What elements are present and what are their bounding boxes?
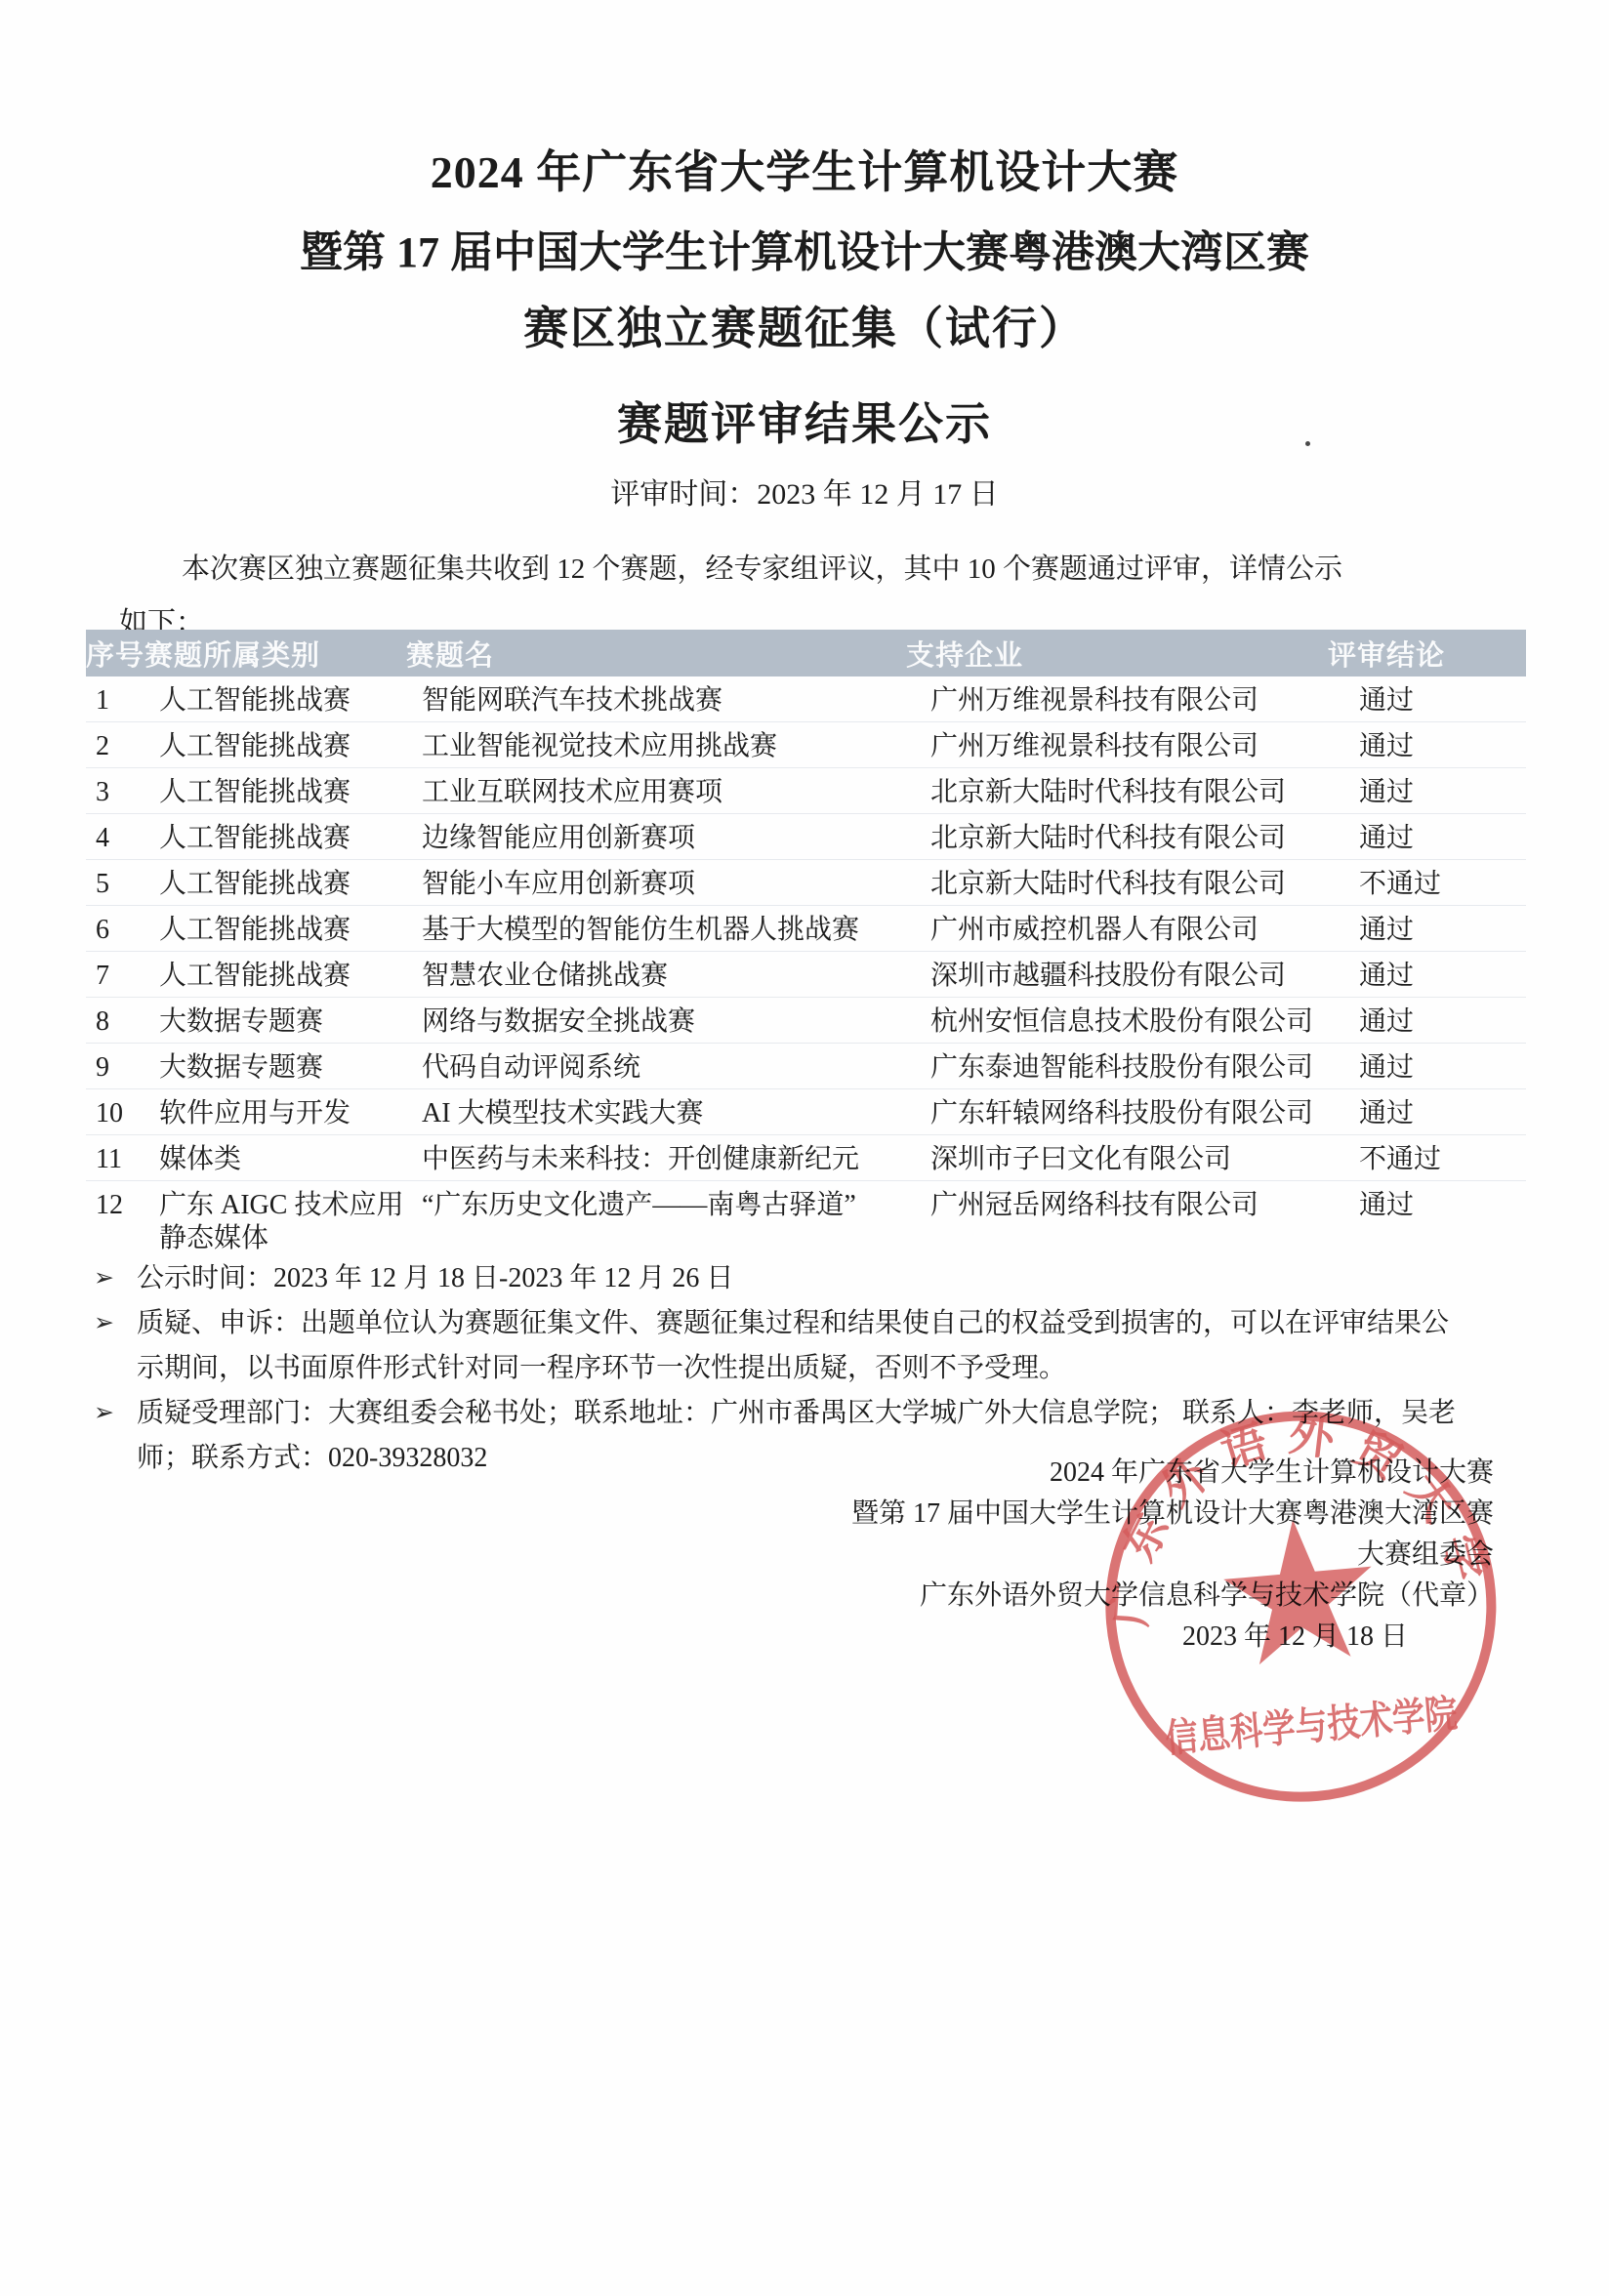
cell-result: 不通过 (1328, 1135, 1526, 1181)
cell-category: 人工智能挑战赛 (144, 952, 406, 998)
scan-artifact-dot (1305, 441, 1310, 446)
table-row: 8 大数据专题赛 网络与数据安全挑战赛 杭州安恒信息技术股份有限公司 通过 (86, 998, 1526, 1044)
header-result: 评审结论 (1328, 630, 1526, 676)
cell-seq: 2 (86, 722, 144, 768)
cell-seq: 8 (86, 998, 144, 1044)
cell-category: 人工智能挑战赛 (144, 768, 406, 814)
cell-enterprise: 广州市威控机器人有限公司 (906, 906, 1328, 952)
cell-enterprise: 广州万维视景科技有限公司 (906, 722, 1328, 768)
seal-bottom-text: 信息科学与技术学院 (1164, 1692, 1460, 1761)
cell-topic-name: 基于大模型的智能仿生机器人挑战赛 (406, 906, 906, 952)
cell-seq: 1 (86, 676, 144, 722)
cell-topic-name: AI 大模型技术实践大赛 (406, 1089, 906, 1135)
cell-category: 广东 AIGC 技术应用静态媒体 (144, 1181, 406, 1266)
intro-line-1: 本次赛区独立赛题征集共收到 12 个赛题，经专家组评议，其中 10 个赛题通过评… (119, 543, 1498, 596)
header-category: 赛题所属类别 (144, 630, 406, 676)
cell-category: 软件应用与开发 (144, 1089, 406, 1135)
cell-seq: 11 (86, 1135, 144, 1181)
table-row: 1 人工智能挑战赛 智能网联汽车技术挑战赛 广州万维视景科技有限公司 通过 (86, 676, 1526, 722)
star-icon (1218, 1513, 1379, 1667)
header-enterprise: 支持企业 (906, 630, 1328, 676)
cell-enterprise: 北京新大陆时代科技有限公司 (906, 768, 1328, 814)
cell-category: 媒体类 (144, 1135, 406, 1181)
table-row: 9 大数据专题赛 代码自动评阅系统 广东泰迪智能科技股份有限公司 通过 (86, 1044, 1526, 1089)
note-line: 质疑、申诉：出题单位认为赛题征集文件、赛题征集过程和结果使自己的权益受到损害的，… (137, 1301, 1449, 1346)
cell-result: 不通过 (1328, 860, 1526, 906)
title-line-4: 赛题评审结果公示 (59, 389, 1550, 453)
cell-enterprise: 深圳市越疆科技股份有限公司 (906, 952, 1328, 998)
cell-enterprise: 广州冠岳网络科技有限公司 (906, 1181, 1328, 1266)
table-header-row: 序号 赛题所属类别 赛题名 支持企业 评审结论 (86, 630, 1526, 676)
cell-category: 大数据专题赛 (144, 1044, 406, 1089)
note-line: 示期间，以书面原件形式针对同一程序环节一次性提出质疑，否则不予受理。 (137, 1346, 1449, 1391)
cell-category: 大数据专题赛 (144, 998, 406, 1044)
cell-result: 通过 (1328, 676, 1526, 722)
cell-result: 通过 (1328, 1044, 1526, 1089)
cell-enterprise: 广东轩辕网络科技股份有限公司 (906, 1089, 1328, 1135)
table-row: 11 媒体类 中医药与未来科技：开创健康新纪元 深圳市子曰文化有限公司 不通过 (86, 1135, 1526, 1181)
cell-topic-name: 中医药与未来科技：开创健康新纪元 (406, 1135, 906, 1181)
arrow-bullet-icon: ➢ (94, 1256, 137, 1301)
header-topic-name: 赛题名 (406, 630, 906, 676)
cell-topic-name: 智能网联汽车技术挑战赛 (406, 676, 906, 722)
scanned-document-page: 2024 年广东省大学生计算机设计大赛 暨第 17 届中国大学生计算机设计大赛粤… (0, 0, 1609, 2296)
title-line-2: 暨第 17 届中国大学生计算机设计大赛粤港澳大湾区赛 (59, 217, 1550, 279)
cell-seq: 10 (86, 1089, 144, 1135)
table-row: 7 人工智能挑战赛 智慧农业仓储挑战赛 深圳市越疆科技股份有限公司 通过 (86, 952, 1526, 998)
cell-category: 人工智能挑战赛 (144, 814, 406, 860)
cell-seq: 6 (86, 906, 144, 952)
cell-result: 通过 (1328, 1089, 1526, 1135)
cell-seq: 7 (86, 952, 144, 998)
cell-enterprise: 杭州安恒信息技术股份有限公司 (906, 998, 1328, 1044)
cell-seq: 5 (86, 860, 144, 906)
cell-topic-name: 智慧农业仓储挑战赛 (406, 952, 906, 998)
cell-seq: 4 (86, 814, 144, 860)
cell-result: 通过 (1328, 768, 1526, 814)
arrow-bullet-icon: ➢ (94, 1391, 137, 1436)
cell-topic-name: 边缘智能应用创新赛项 (406, 814, 906, 860)
cell-topic-name: “广东历史文化遗产——南粤古驿道” (406, 1181, 906, 1266)
cell-result: 通过 (1328, 722, 1526, 768)
table-row: 5 人工智能挑战赛 智能小车应用创新赛项 北京新大陆时代科技有限公司 不通过 (86, 860, 1526, 906)
review-time: 评审时间：2023 年 12 月 17 日 (59, 470, 1550, 512)
cell-result: 通过 (1328, 1181, 1526, 1266)
cell-category: 人工智能挑战赛 (144, 860, 406, 906)
cell-topic-name: 工业智能视觉技术应用挑战赛 (406, 722, 906, 768)
title-line-3: 赛区独立赛题征集（试行） (59, 293, 1550, 357)
cell-enterprise: 广州万维视景科技有限公司 (906, 676, 1328, 722)
cell-enterprise: 北京新大陆时代科技有限公司 (906, 814, 1328, 860)
cell-result: 通过 (1328, 906, 1526, 952)
results-table: 序号 赛题所属类别 赛题名 支持企业 评审结论 1 人工智能挑战赛 智能网联汽车… (86, 630, 1526, 1265)
cell-topic-name: 智能小车应用创新赛项 (406, 860, 906, 906)
table-row: 12 广东 AIGC 技术应用静态媒体 “广东历史文化遗产——南粤古驿道” 广州… (86, 1181, 1526, 1266)
cell-category: 人工智能挑战赛 (144, 722, 406, 768)
cell-enterprise: 北京新大陆时代科技有限公司 (906, 860, 1328, 906)
cell-topic-name: 代码自动评阅系统 (406, 1044, 906, 1089)
title-line-1: 2024 年广东省大学生计算机设计大赛 (59, 137, 1550, 201)
note-objection-appeal: ➢ 质疑、申诉：出题单位认为赛题征集文件、赛题征集过程和结果使自己的权益受到损害… (94, 1301, 1505, 1391)
cell-topic-name: 工业互联网技术应用赛项 (406, 768, 906, 814)
official-seal-stamp: 广东外语外贸大学 信息科学与技术学院 (1082, 1387, 1524, 1829)
cell-topic-name: 网络与数据安全挑战赛 (406, 998, 906, 1044)
arrow-bullet-icon: ➢ (94, 1301, 137, 1346)
table-row: 6 人工智能挑战赛 基于大模型的智能仿生机器人挑战赛 广州市威控机器人有限公司 … (86, 906, 1526, 952)
cell-category: 人工智能挑战赛 (144, 906, 406, 952)
cell-seq: 12 (86, 1181, 144, 1266)
cell-enterprise: 广东泰迪智能科技股份有限公司 (906, 1044, 1328, 1089)
table-body: 1 人工智能挑战赛 智能网联汽车技术挑战赛 广州万维视景科技有限公司 通过 2 … (86, 676, 1526, 1265)
table-row: 10 软件应用与开发 AI 大模型技术实践大赛 广东轩辕网络科技股份有限公司 通… (86, 1089, 1526, 1135)
cell-result: 通过 (1328, 952, 1526, 998)
cell-seq: 9 (86, 1044, 144, 1089)
cell-result: 通过 (1328, 998, 1526, 1044)
cell-category: 人工智能挑战赛 (144, 676, 406, 722)
cell-seq: 3 (86, 768, 144, 814)
table-row: 4 人工智能挑战赛 边缘智能应用创新赛项 北京新大陆时代科技有限公司 通过 (86, 814, 1526, 860)
table-row: 3 人工智能挑战赛 工业互联网技术应用赛项 北京新大陆时代科技有限公司 通过 (86, 768, 1526, 814)
cell-result: 通过 (1328, 814, 1526, 860)
header-seq: 序号 (86, 630, 144, 676)
note-line: 公示时间：2023 年 12 月 18 日-2023 年 12 月 26 日 (137, 1256, 733, 1301)
table-row: 2 人工智能挑战赛 工业智能视觉技术应用挑战赛 广州万维视景科技有限公司 通过 (86, 722, 1526, 768)
cell-enterprise: 深圳市子曰文化有限公司 (906, 1135, 1328, 1181)
note-publicity-period: ➢ 公示时间：2023 年 12 月 18 日-2023 年 12 月 26 日 (94, 1256, 1505, 1301)
